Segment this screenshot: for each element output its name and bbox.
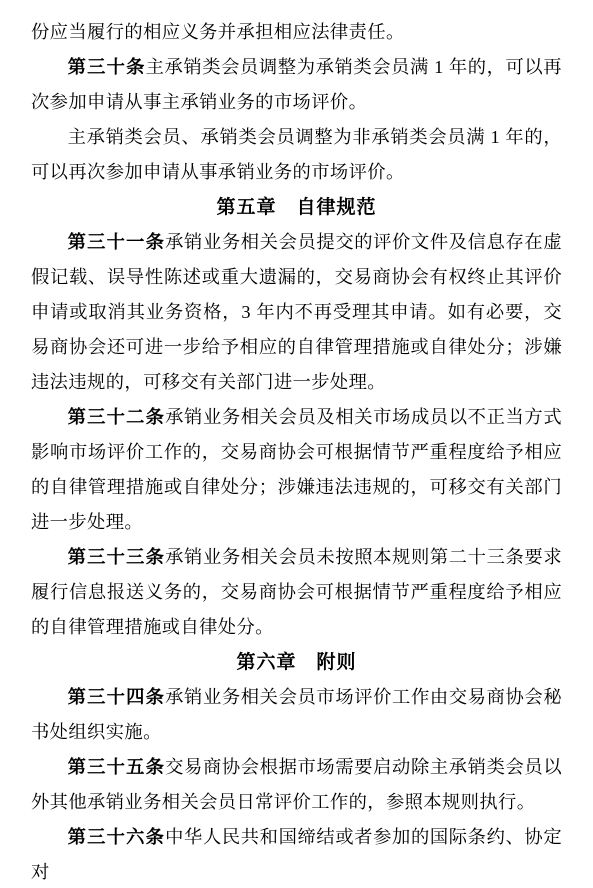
article-35-number: 第三十五条	[68, 757, 166, 777]
document-page: 份应当履行的相应义务并承担相应法律责任。 第三十条主承销类会员调整为承销类会员满…	[0, 0, 593, 888]
article-34-number: 第三十四条	[68, 687, 166, 707]
chapter-5-heading: 第五章 自律规范	[31, 190, 562, 225]
article-34-paragraph: 第三十四条承销业务相关会员市场评价工作由交易商协会秘书处组织实施。	[31, 680, 562, 750]
paragraph-continuation: 份应当履行的相应义务并承担相应法律责任。	[31, 15, 562, 50]
article-36-number: 第三十六条	[68, 827, 166, 847]
article-33-number: 第三十三条	[68, 547, 166, 567]
paragraph-text: 份应当履行的相应义务并承担相应法律责任。	[31, 22, 405, 42]
article-32-paragraph: 第三十二条承销业务相关会员及相关市场成员以不正当方式影响市场评价工作的，交易商协…	[31, 400, 562, 540]
article-30-paragraph: 第三十条主承销类会员调整为承销类会员满 1 年的，可以再次参加申请从事主承销业务…	[31, 50, 562, 120]
article-30-paragraph-2: 主承销类会员、承销类会员调整为非承销类会员满 1 年的，可以再次参加申请从事承销…	[31, 120, 562, 190]
article-35-paragraph: 第三十五条交易商协会根据市场需要启动除主承销类会员以外其他承销业务相关会员日常评…	[31, 750, 562, 820]
article-31-paragraph: 第三十一条承销业务相关会员提交的评价文件及信息存在虚假记载、误导性陈述或重大遗漏…	[31, 225, 562, 400]
chapter-heading-text: 第五章 自律规范	[216, 197, 376, 218]
article-32-number: 第三十二条	[68, 407, 166, 427]
article-33-paragraph: 第三十三条承销业务相关会员未按照本规则第二十三条要求履行信息报送义务的，交易商协…	[31, 540, 562, 645]
chapter-6-heading: 第六章 附则	[31, 645, 562, 680]
paragraph-text: 承销业务相关会员提交的评价文件及信息存在虚假记载、误导性陈述或重大遗漏的，交易商…	[31, 232, 562, 392]
article-30-number: 第三十条	[68, 57, 146, 77]
paragraph-text: 主承销类会员、承销类会员调整为非承销类会员满 1 年的，可以再次参加申请从事承销…	[31, 127, 562, 182]
chapter-heading-text: 第六章 附则	[236, 652, 356, 673]
article-36-paragraph: 第三十六条中华人民共和国缔结或者参加的国际条约、协定对	[31, 820, 562, 888]
article-31-number: 第三十一条	[68, 232, 166, 252]
